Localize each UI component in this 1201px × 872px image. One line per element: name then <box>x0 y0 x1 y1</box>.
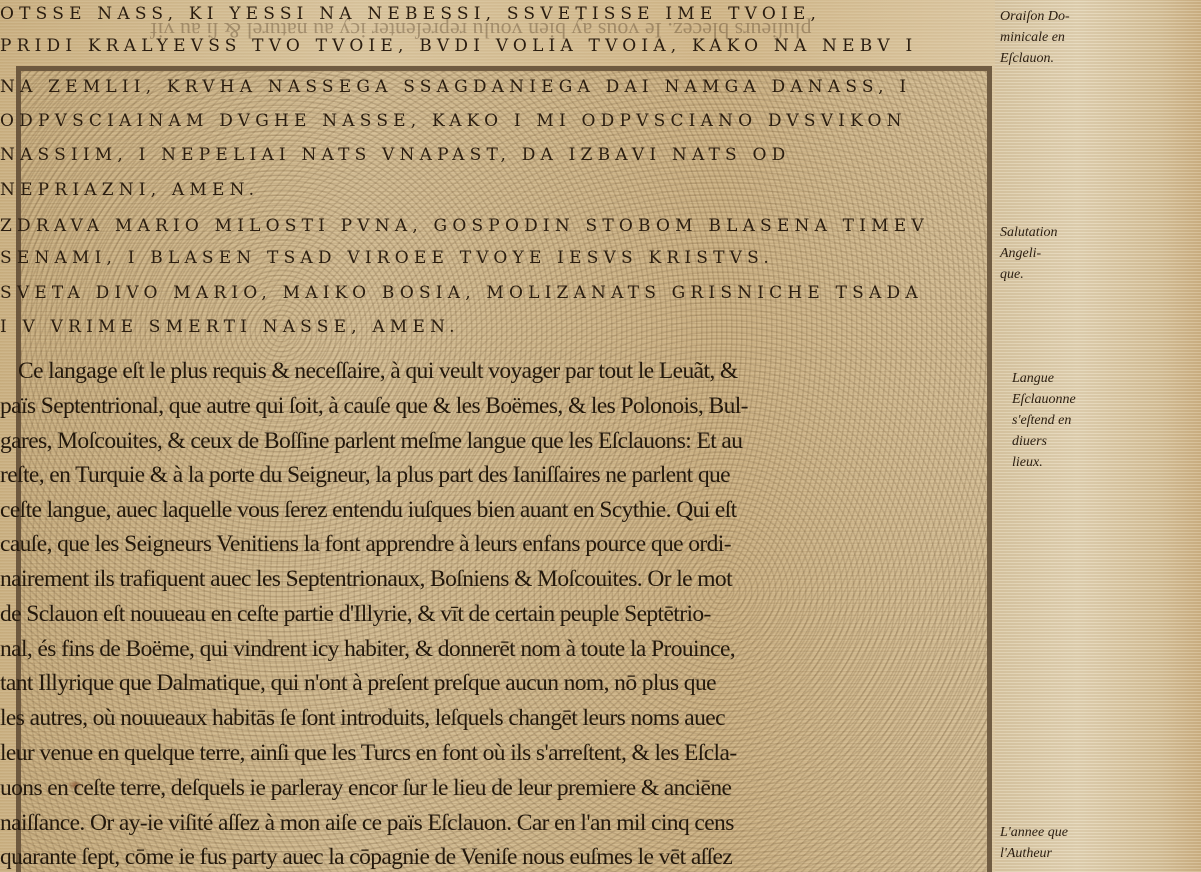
margin-note-salutation: Salutation Angeli- que. <box>1000 222 1058 285</box>
prayer-line: ODPVSCIAINAM DVGHE NASSE, KAKO I MI ODPV… <box>0 111 907 131</box>
body-line: nairement ils trafiquent auec les Septen… <box>0 566 732 593</box>
prayer-line: ZDRAVA MARIO MILOSTI PVNA, GOSPODIN STOB… <box>0 216 929 236</box>
prayer-line: SENAMI, I BLASEN TSAD VIROEE TVOYE IESVS… <box>0 248 774 268</box>
margin-note-line: Salutation <box>1000 222 1058 243</box>
margin-note-line: Langue <box>1012 368 1076 389</box>
margin-note-line: Angeli- <box>1000 243 1058 264</box>
body-line: naiſſance. Or ay-ie viſité aſſez à mon a… <box>0 810 734 837</box>
margin-note-line: que. <box>1000 264 1058 285</box>
margin-note-oraison: Oraiſon Do- minicale en Eſclauon. <box>1000 6 1070 69</box>
margin-note-line: Eſclauon. <box>1000 48 1070 69</box>
prayer-line: NA ZEMLII, KRVHA NASSEGA SSAGDANIEGA DAI… <box>0 77 911 97</box>
margin-note-line: Eſclauonne <box>1012 389 1076 410</box>
margin-note-line: diuers <box>1012 431 1076 452</box>
body-line: Ce langage eſt le plus requis & neceſſai… <box>18 358 738 385</box>
body-line: gares, Moſcouites, & ceux de Boſſine par… <box>0 428 742 455</box>
margin-note-line: s'eſtend en <box>1012 410 1076 431</box>
body-line: uons en ceſte terre, deſquels ie parlera… <box>0 775 731 802</box>
body-line: nal, és fins de Boëme, qui vindrent icy … <box>0 636 735 663</box>
margin-note-line: lieux. <box>1012 452 1076 473</box>
body-line: cauſe, que les Seigneurs Venitiens la fo… <box>0 531 731 558</box>
page-text: pluſieurs blecez. Ie vous ay bien voulu … <box>0 0 1201 872</box>
prayer-line: NEPRIAZNI, AMEN. <box>0 180 259 200</box>
margin-note-line: minicale en <box>1000 27 1070 48</box>
margin-note-langue: Langue Eſclauonne s'eſtend en diuers lie… <box>1012 368 1076 473</box>
prayer-line: I V VRIME SMERTI NASSE, AMEN. <box>0 317 460 337</box>
body-line: leur venue en quelque terre, ainſi que l… <box>0 740 737 767</box>
margin-note-line: l'Autheur <box>1000 843 1068 864</box>
body-line: ceſte langue, auec laquelle vous ſerez e… <box>0 497 737 524</box>
body-line: de Sclauon eſt nouueau en ceſte partie d… <box>0 601 711 628</box>
body-line: reſte, en Turquie & à la porte du Seigne… <box>0 462 730 489</box>
body-line: les autres, où nouueaux habitās ſe ſont … <box>0 705 725 732</box>
prayer-line: PRIDI KRALYEVSS TVO TVOIE, BVDI VOLIA TV… <box>0 36 917 56</box>
prayer-line: NASSIIM, I NEPELIAI NATS VNAPAST, DA IZB… <box>0 145 790 165</box>
margin-note-annee: L'annee que l'Autheur <box>1000 822 1068 864</box>
prayer-line: SVETA DIVO MARIO, MAIKO BOSIA, MOLIZANAT… <box>0 283 923 303</box>
margin-note-line: Oraiſon Do- <box>1000 6 1070 27</box>
body-line: quarante ſept, cōme ie fus party auec la… <box>0 844 732 871</box>
margin-note-line: L'annee que <box>1000 822 1068 843</box>
body-line: païs Septentrional, que autre qui ſoit, … <box>0 393 748 420</box>
prayer-line: OTSSE NASS, KI YESSI NA NEBESSI, SSVETIS… <box>0 4 821 24</box>
body-line: tant Illyrique que Dalmatique, qui n'ont… <box>0 670 716 697</box>
